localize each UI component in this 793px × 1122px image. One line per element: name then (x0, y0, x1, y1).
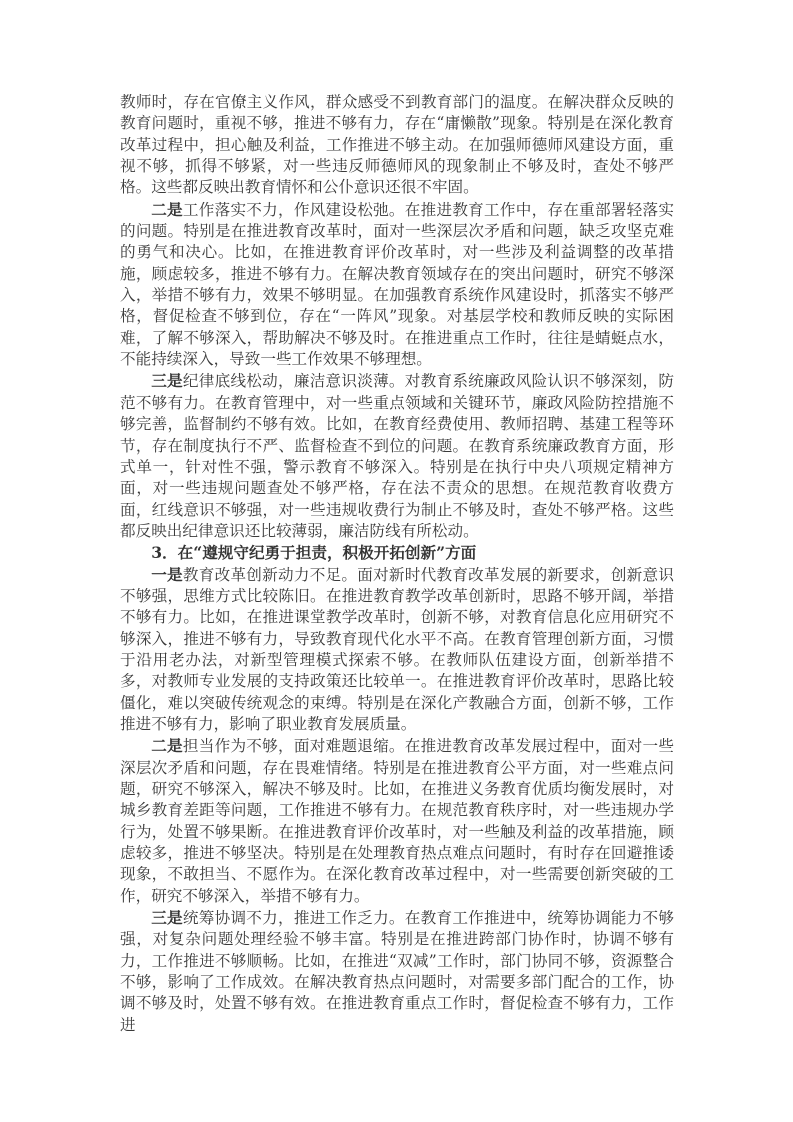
paragraph: 三是统筹协调不力，推进工作乏力。在教育工作推进中，统筹协调能力不够强，对复杂问题… (120, 907, 674, 1036)
paragraph-lead: 二是 (151, 736, 183, 755)
paragraph-lead: 二是 (151, 200, 183, 219)
paragraph: 二是工作落实不力，作风建设松弛。在推进教育工作中，存在重部署轻落实的问题。特别是… (120, 199, 674, 371)
paragraph-lead: 一是 (151, 565, 183, 584)
paragraph-lead: 三是 (151, 908, 183, 927)
paragraph: 二是担当作为不够，面对难题退缩。在推进教育改革发展过程中，面对一些深层次矛盾和问… (120, 735, 674, 907)
paragraph: 教师时，存在官僚主义作风，群众感受不到教育部门的温度。在解决群众反映的教育问题时… (120, 92, 674, 199)
document-page: 教师时，存在官僚主义作风，群众感受不到教育部门的温度。在解决群众反映的教育问题时… (0, 0, 793, 1122)
document-body: 教师时，存在官僚主义作风，群众感受不到教育部门的温度。在解决群众反映的教育问题时… (120, 92, 674, 1036)
paragraph-lead: 三是 (151, 371, 183, 390)
section-heading: 3．在“遵规守纪勇于担责，积极开拓创新”方面 (120, 542, 674, 563)
paragraph: 三是纪律底线松动，廉洁意识淡薄。对教育系统廉政风险认识不够深刻，防范不够有力。在… (120, 370, 674, 542)
paragraph: 一是教育改革创新动力不足。面对新时代教育改革发展的新要求，创新意识不够强，思维方… (120, 564, 674, 736)
